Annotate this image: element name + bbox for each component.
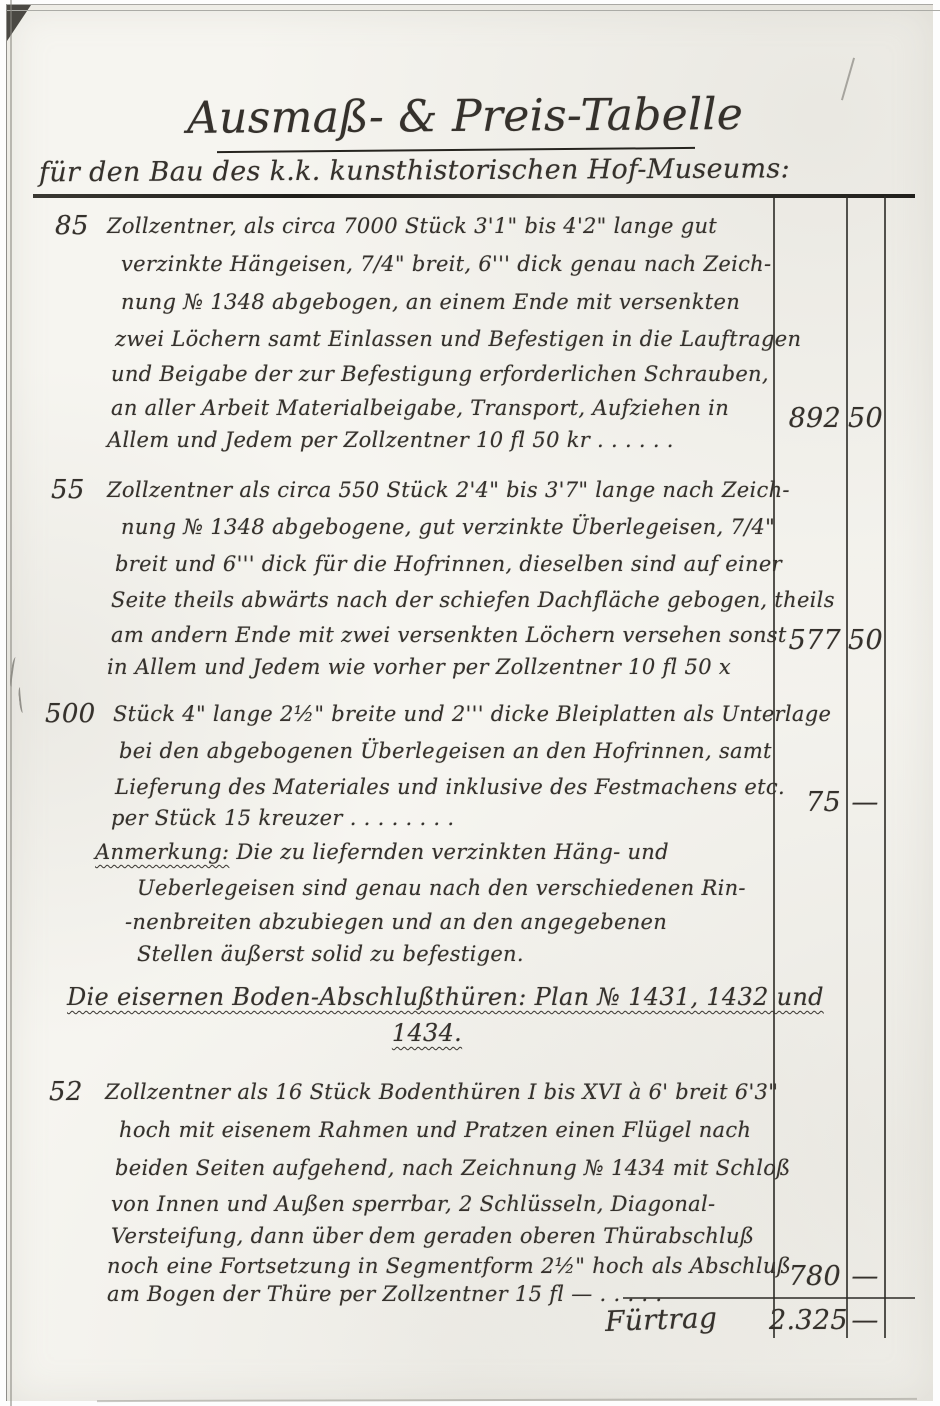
item-text-line: an aller Arbeit Materialbeigabe, Transpo… (111, 397, 729, 419)
item-price-gulden: 780 (777, 1261, 841, 1292)
table-top-rule (33, 194, 915, 198)
title-underline (217, 147, 695, 153)
item-text-line: Seite theils abwärts nach der schiefen D… (111, 589, 835, 611)
item-text-line: in Allem und Jedem wie vorher per Zollze… (107, 656, 731, 678)
paper-bottom-edge (97, 1398, 917, 1402)
paper-left-edge (10, 0, 12, 1406)
item-text-line: breit und 6''' dick für die Hofrinnen, d… (115, 553, 782, 575)
item-price-gulden: 75 (777, 787, 841, 818)
item-text-line: Stück 4" lange 2½" breite und 2''' dicke… (113, 703, 831, 725)
item-text-line: zwei Löchern samt Einlassen und Befestig… (115, 328, 801, 350)
item-text-line: noch eine Fortsetzung in Segmentform 2½"… (107, 1255, 791, 1277)
carry-forward-kreuzer: — (848, 1305, 882, 1336)
item-text-line: Zollzentner als 16 Stück Bodenthüren I b… (105, 1081, 778, 1103)
item-text-line: verzinkte Hängeisen, 7/4" breit, 6''' di… (121, 253, 771, 275)
scan-crease-mark (18, 687, 26, 713)
note-text: Die zu liefernden verzinkten Häng- und (236, 840, 669, 864)
note-text-line: Ueberlegeisen sind genau nach den versch… (137, 877, 746, 899)
paper-top-edge (7, 10, 940, 11)
table-column-rule-middle (846, 196, 848, 1338)
item-text-line: Zollzentner, als circa 7000 Stück 3'1" b… (107, 215, 717, 237)
section-header-line1: Die eisernen Boden-Abschlußthüren: Plan … (67, 983, 787, 1011)
item-text-line: am Bogen der Thüre per Zollzentner 15 fl… (107, 1283, 662, 1305)
item-text-line: und Beigabe der zur Befestigung erforder… (111, 363, 769, 385)
item-text-line: beiden Seiten aufgehend, nach Zeichnung … (115, 1157, 791, 1179)
note-text-line: -nenbreiten abzubiegen und an den angege… (125, 911, 667, 933)
item-text-line: per Stück 15 kreuzer . . . . . . . . (111, 807, 454, 829)
carry-forward-label: Fürtrag (604, 1301, 717, 1338)
item-text-line: von Innen und Außen sperrbar, 2 Schlüsse… (111, 1193, 715, 1215)
item-quantity: 55 (51, 475, 85, 505)
item-price-gulden: 892 (777, 403, 841, 434)
item-text-line: nung № 1348 abgebogene, gut verzinkte Üb… (121, 516, 775, 538)
section-header-line2: 1434. (67, 1019, 787, 1047)
item-text-line: Versteifung, dann über dem geraden obere… (111, 1225, 754, 1247)
item-price-kreuzer: 50 (848, 625, 882, 656)
item-price-gulden: 577 (777, 625, 841, 656)
carry-forward-gulden: 2.325 (769, 1305, 841, 1336)
item-price-kreuzer: — (848, 787, 882, 818)
item-text-line: Allem und Jedem per Zollzentner 10 fl 50… (107, 429, 674, 451)
item-quantity: 500 (45, 699, 96, 729)
item-text-line: am andern Ende mit zwei versenkten Löche… (111, 624, 787, 646)
item-text-line: hoch mit eisenem Rahmen und Pratzen eine… (119, 1119, 751, 1141)
note-label: Anmerkung: (95, 840, 229, 864)
note-first-line: Anmerkung: Die zu liefernden verzinkten … (95, 841, 669, 863)
page-subtitle: für den Bau des k.k. kunsthistorischen H… (39, 153, 919, 189)
page-title: Ausmaß- & Preis-Tabelle (187, 89, 707, 144)
item-text-line: Lieferung des Materiales und inklusive d… (115, 776, 785, 798)
item-text-line: Zollzentner als circa 550 Stück 2'4" bis… (107, 479, 790, 501)
scan-crease-mark (841, 58, 855, 101)
table-column-rule-right (884, 196, 886, 1338)
item-text-line: bei den abgebogenen Überlegeisen an den … (119, 740, 772, 762)
item-price-kreuzer: — (848, 1261, 882, 1292)
item-text-line: nung № 1348 abgebogen, an einem Ende mit… (121, 291, 740, 313)
note-text-line: Stellen äußerst solid zu befestigen. (137, 943, 524, 965)
item-quantity: 85 (55, 211, 89, 241)
scanned-page: Ausmaß- & Preis-Tabelle für den Bau des … (6, 4, 933, 1401)
item-quantity: 52 (49, 1077, 83, 1107)
carry-forward-rule (623, 1297, 915, 1299)
item-price-kreuzer: 50 (848, 403, 882, 434)
